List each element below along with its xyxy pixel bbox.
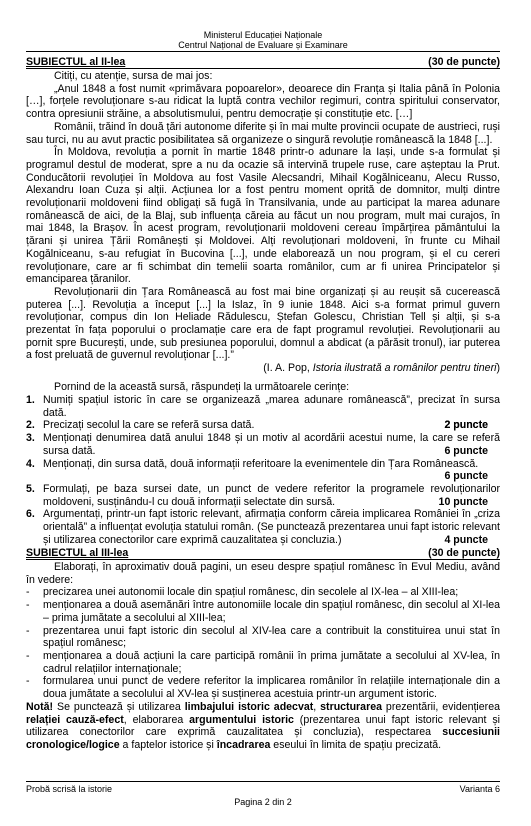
note-emphasis: limbajului istoric adecvat xyxy=(185,701,314,713)
question-points: 6 puncte xyxy=(26,470,500,483)
note-text: a faptelor istorice și xyxy=(120,739,217,751)
source-attribution: (I. A. Pop, Istoria ilustrată a românilo… xyxy=(263,362,500,375)
note-emphasis: relației cauză-efect xyxy=(26,714,124,726)
subject-2-heading: SUBIECTUL al II-lea (30 de puncte) xyxy=(26,56,500,69)
source-paragraph-2: Românii, trăind în două țări autonome di… xyxy=(26,121,500,146)
question-text: Menționați denumirea dată anului 1848 și… xyxy=(43,432,500,457)
note-text: , elaborarea xyxy=(124,714,189,726)
question-number: 5. xyxy=(26,483,42,496)
bullet-dash: - xyxy=(26,675,30,688)
question-number: 4. xyxy=(26,458,42,471)
question-text: Formulați, pe baza sursei date, un punct… xyxy=(43,483,500,508)
note-text: Se punctează și utilizarea xyxy=(53,701,185,713)
header-ministry: Ministerul Educației Naționale xyxy=(26,30,500,40)
source-paragraph-4: Revoluționarii din Țara Românească au fo… xyxy=(26,286,500,362)
essay-requirement-3: - prezentarea unui fapt istoric din seco… xyxy=(26,625,500,650)
requirement-text: precizarea unei autonomii locale din spa… xyxy=(43,586,500,599)
attribution-title: Istoria ilustrată a românilor pentru tin… xyxy=(313,362,497,374)
grading-note: Notă! Se punctează și utilizarea limbaju… xyxy=(26,701,500,752)
question-6: 6. Argumentați, printr-un fapt istoric r… xyxy=(26,508,500,546)
footer-variant: Varianta 6 xyxy=(460,784,500,794)
note-emphasis: argumentului istoric xyxy=(189,714,294,726)
subject-3-points: (30 de puncte) xyxy=(428,547,500,559)
footer-exam-name: Probă scrisă la istorie xyxy=(26,784,112,794)
source-paragraph-3: În Moldova, revoluția a pornit în martie… xyxy=(26,146,500,286)
bullet-dash: - xyxy=(26,586,30,599)
requirement-text: prezentarea unui fapt istoric din secolu… xyxy=(43,625,500,650)
essay-requirement-5: - formularea unui punct de vedere referi… xyxy=(26,675,500,700)
question-number: 3. xyxy=(26,432,42,445)
question-points: 4 puncte xyxy=(444,534,500,547)
requirement-text: menționarea a două asemănări între auton… xyxy=(43,599,500,624)
note-emphasis: structurarea xyxy=(320,701,382,713)
requirement-text: menționarea a două acțiuni la care parti… xyxy=(43,650,500,675)
question-2: 2. Precizați secolul la care se referă s… xyxy=(26,419,500,432)
source-paragraph-1: „Anul 1848 a fost numit «primăvara popoa… xyxy=(26,83,500,121)
bullet-dash: - xyxy=(26,625,30,638)
question-number: 1. xyxy=(26,394,42,407)
attribution-close: ) xyxy=(496,362,500,374)
note-emphasis: încadrarea xyxy=(217,739,271,751)
footer-rule xyxy=(26,781,500,782)
subject-3-title: SUBIECTUL al III-lea xyxy=(26,547,128,559)
bullet-dash: - xyxy=(26,650,30,663)
requirement-text: formularea unui punct de vedere referito… xyxy=(43,675,500,700)
question-points: 2 puncte xyxy=(444,419,500,432)
question-3: 3. Menționați denumirea dată anului 1848… xyxy=(26,432,500,457)
subject-3-heading: SUBIECTUL al III-lea (30 de puncte) xyxy=(26,547,500,560)
subject-3-intro: Elaborați, în aproximativ două pagini, u… xyxy=(26,561,500,586)
question-points: 10 puncte xyxy=(439,496,500,509)
subject-2-points: (30 de puncte) xyxy=(428,56,500,68)
attribution-author: (I. A. Pop, xyxy=(263,362,312,374)
header-rule xyxy=(26,51,500,52)
bullet-dash: - xyxy=(26,599,30,612)
footer-page-number: Pagina 2 din 2 xyxy=(26,797,500,807)
subject-2-intro: Citiți, cu atenție, sursa de mai jos: xyxy=(26,70,500,83)
question-text: Menționați, din sursa dată, două informa… xyxy=(43,458,500,471)
question-5: 5. Formulați, pe baza sursei date, un pu… xyxy=(26,483,500,508)
question-text: Numiți spațiul istoric în care se organi… xyxy=(43,394,500,419)
question-text: Argumentați, printr-un fapt istoric rele… xyxy=(43,508,500,545)
essay-requirement-2: - menționarea a două asemănări între aut… xyxy=(26,599,500,624)
question-number: 6. xyxy=(26,508,42,521)
header-center: Centrul Național de Evaluare și Examinar… xyxy=(26,40,500,50)
question-text: Precizați secolul la care se referă surs… xyxy=(43,419,254,431)
note-label: Notă! xyxy=(26,701,53,713)
essay-requirement-1: - precizarea unei autonomii locale din s… xyxy=(26,586,500,599)
question-points: 6 puncte xyxy=(444,445,500,458)
question-number: 2. xyxy=(26,419,42,432)
questions-intro: Pornind de la această sursă, răspundeți … xyxy=(26,381,500,394)
note-text: eseului în limita de spațiu precizată. xyxy=(270,739,441,751)
note-text: prezentării, evidențierea xyxy=(382,701,500,713)
essay-requirement-4: - menționarea a două acțiuni la care par… xyxy=(26,650,500,675)
subject-2-title: SUBIECTUL al II-lea xyxy=(26,56,125,68)
question-4: 4. Menționați, din sursa dată, două info… xyxy=(26,458,500,483)
